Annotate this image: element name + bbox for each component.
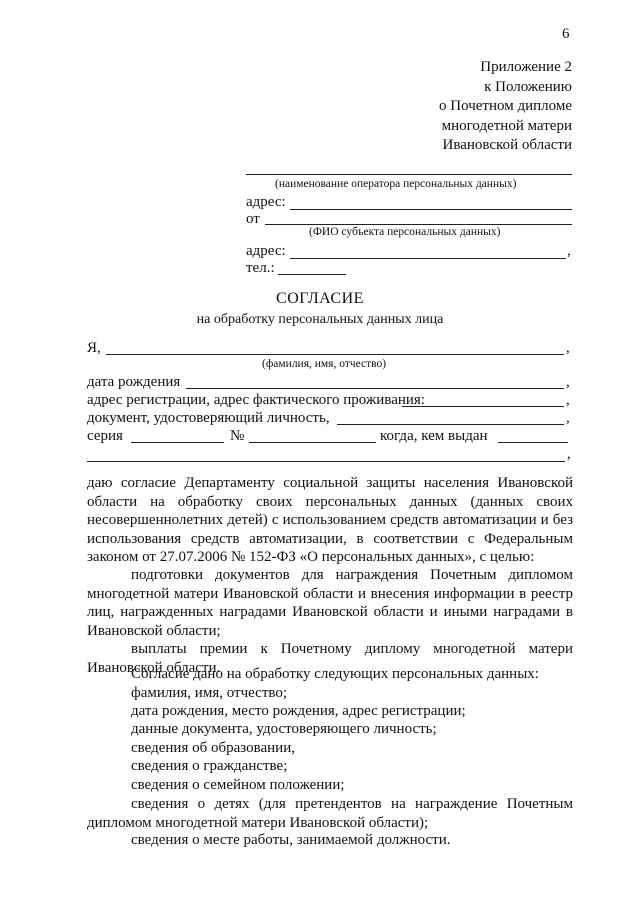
birth-comma: ,	[566, 374, 570, 391]
paragraph-line: несовершеннолетних детей) с использовани…	[87, 511, 573, 530]
paragraph-line: законом от 27.07.2006 № 152-ФЗ «О персон…	[87, 548, 573, 567]
data-list-intro: Согласие дано на обработку следующих пер…	[131, 666, 539, 683]
address-comma: ,	[566, 392, 570, 409]
issued-comma: ,	[567, 446, 571, 463]
appendix-header: Приложение 2 к Положению о Почетном дипл…	[439, 58, 572, 156]
data-item-children: сведения о детях (для претендентов на на…	[87, 795, 573, 832]
birth-date-field[interactable]	[186, 388, 564, 389]
appendix-line: многодетной матери	[439, 117, 572, 137]
paragraph-line: области на обработку своих персональных …	[87, 493, 573, 512]
document-comma: ,	[566, 410, 570, 427]
data-item: сведения о гражданстве;	[131, 758, 287, 775]
operator-name-field[interactable]	[246, 174, 572, 175]
series-label: серия	[87, 428, 123, 445]
paragraph-line: многодетной матери Ивановской области и …	[87, 585, 573, 604]
appendix-line: Приложение 2	[439, 58, 572, 78]
operator-address-field[interactable]	[290, 209, 572, 210]
paragraph-line: даю согласие Департаменту социальной защ…	[87, 474, 573, 493]
operator-address-label: адрес:	[246, 194, 286, 211]
appendix-line: Ивановской области	[439, 136, 572, 156]
purpose-awarding: подготовки документов для награждения По…	[87, 566, 573, 640]
i-comma: ,	[566, 340, 570, 357]
phone-label: тел.:	[246, 260, 275, 277]
phone-field[interactable]	[278, 274, 346, 275]
paragraph-line: дипломом многодетной матери Ивановской о…	[87, 814, 573, 833]
document-label: документ, удостоверяющий личность,	[87, 410, 330, 427]
appendix-line: к Положению	[439, 78, 572, 98]
paragraph-line: выплаты премии к Почетному диплому много…	[87, 640, 573, 659]
page-number: 6	[562, 26, 570, 43]
number-label: №	[230, 428, 244, 445]
paragraph-line: лиц, награжденных наградами Ивановской о…	[87, 603, 573, 622]
i-label: Я,	[87, 340, 101, 357]
address-label: адрес регистрации, адрес фактического пр…	[87, 392, 425, 409]
subject-address-field[interactable]	[290, 258, 566, 259]
paragraph-line: сведения о детях (для претендентов на на…	[87, 795, 573, 814]
paragraph-line: Ивановской области;	[87, 622, 573, 641]
data-item: сведения о месте работы, занимаемой долж…	[131, 832, 451, 849]
subject-address-label: адрес:	[246, 243, 286, 260]
issued-label: когда, кем выдан	[380, 428, 488, 445]
series-field[interactable]	[131, 442, 224, 443]
subject-caption: (ФИО субъекта персональных данных)	[309, 226, 500, 238]
data-item: дата рождения, место рождения, адрес рег…	[131, 703, 466, 720]
from-label: от	[246, 211, 260, 228]
operator-caption: (наименование оператора персональных дан…	[275, 178, 516, 190]
address-field[interactable]	[402, 406, 564, 407]
data-item: сведения о семейном положении;	[131, 777, 345, 794]
birth-label: дата рождения	[87, 374, 180, 391]
paragraph-line: подготовки документов для награждения По…	[87, 566, 573, 585]
fio-caption: (фамилия, имя, отчество)	[262, 358, 386, 370]
data-item: фамилия, имя, отчество;	[131, 685, 287, 702]
subject-address-comma: ,	[567, 243, 571, 260]
document-subtitle: на обработку персональных данных лица	[0, 312, 640, 328]
issued-field-full[interactable]	[87, 461, 565, 462]
document-field[interactable]	[337, 424, 564, 425]
fio-field[interactable]	[106, 354, 564, 355]
data-item: данные документа, удостоверяющего личнос…	[131, 721, 437, 738]
consent-paragraph: даю согласие Департаменту социальной защ…	[87, 474, 573, 567]
number-field[interactable]	[249, 442, 376, 443]
data-item: сведения об образовании,	[131, 740, 295, 757]
appendix-line: о Почетном дипломе	[439, 97, 572, 117]
issued-field-inline[interactable]	[498, 442, 568, 443]
paragraph-line: использования средств автоматизации, в с…	[87, 530, 573, 549]
document-title: СОГЛАСИЕ	[0, 290, 640, 308]
subject-name-field[interactable]	[265, 224, 572, 225]
